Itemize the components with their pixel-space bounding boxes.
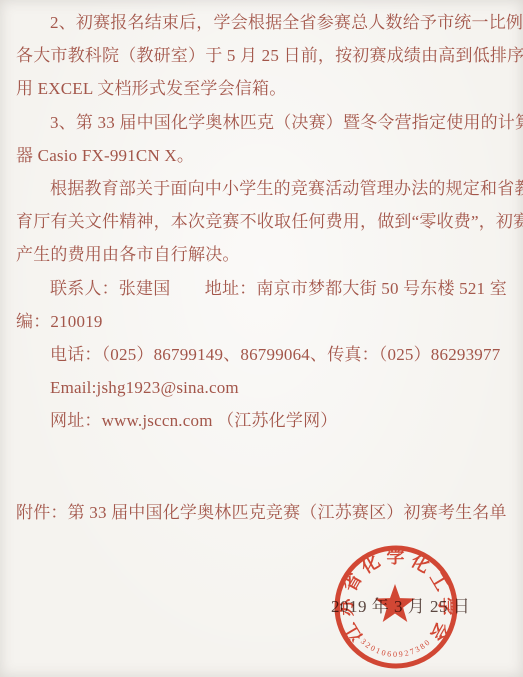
contact-person-line: 联系人：张建国 地址：南京市梦都大街 50 号东楼 521 室 邮 xyxy=(16,272,513,305)
doc-line: 各大市教科院（教研室）于 5 月 25 日前，按初赛成绩由高到低排序， xyxy=(16,39,513,72)
phone-fax-line: 电话：（025）86799149、86799064、传真：（025）862939… xyxy=(16,338,513,371)
document-body: 2、初赛报名结束后，学会根据全省参赛总人数给予市统一比例， 各大市教科院（教研室… xyxy=(16,6,513,529)
doc-line: 育厅有关文件精神，本次竞赛不收取任何费用，做到“零收费”，初赛 xyxy=(16,205,513,238)
doc-line: 2、初赛报名结束后，学会根据全省参赛总人数给予市统一比例， xyxy=(16,6,513,39)
document-date: 2019 年 3 月 25 日 xyxy=(331,596,470,618)
doc-line: 3、第 33 届中国化学奥林匹克（决赛）暨冬令营指定使用的计算 xyxy=(16,106,513,139)
postal-code-line: 编：210019 xyxy=(16,305,513,338)
email-line: Email:jshg1923@sina.com xyxy=(16,371,513,404)
doc-line: 器 Casio FX-991CN X。 xyxy=(16,139,513,172)
doc-line: 用 EXCEL 文档形式发至学会信箱。 xyxy=(16,72,513,105)
scanned-document-page: 2、初赛报名结束后，学会根据全省参赛总人数给予市统一比例， 各大市教科院（教研室… xyxy=(0,0,523,677)
seal-serial-number: 3201060927380 xyxy=(359,637,432,659)
doc-line: 产生的费用由各市自行解决。 xyxy=(16,238,513,271)
attachment-line: 附件：第 33 届中国化学奥林匹克竞赛（江苏赛区）初赛考生名单 xyxy=(16,496,513,529)
doc-line: 根据教育部关于面向中小学生的竞赛活动管理办法的规定和省教 xyxy=(16,172,513,205)
website-line: 网址：www.jsccn.com （江苏化学网） xyxy=(16,404,513,437)
